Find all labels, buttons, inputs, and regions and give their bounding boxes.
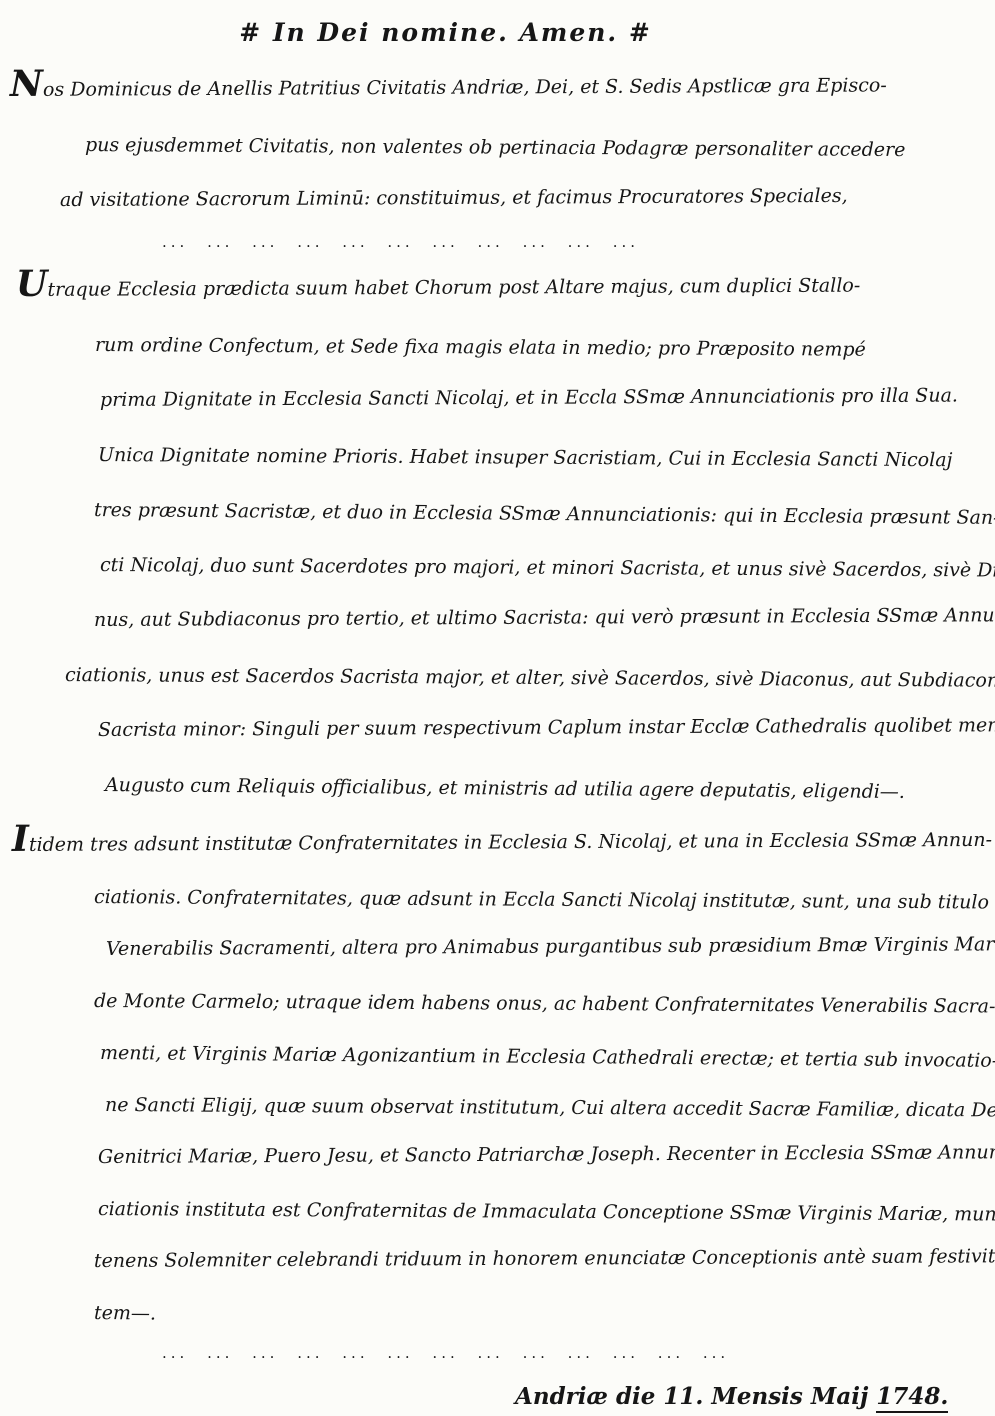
text-line: Unica Dignitate nomine Prioris. Habet in…: [98, 428, 991, 488]
dateline-year: 1748.: [876, 1383, 948, 1413]
paragraph-choir: Utraque Ecclesia prædicta suum habet Cho…: [10, 256, 991, 813]
manuscript-page: # In Dei nomine. Amen. # Nos Dominicus d…: [0, 0, 995, 1416]
dateline-place-date: Andriæ die 11. Mensis Maij: [515, 1383, 868, 1410]
text-line: tenens Solemniter celebrandi triduum in …: [94, 1230, 991, 1287]
text-line: tem—.: [94, 1287, 991, 1347]
document-title: # In Dei nomine. Amen. #: [0, 10, 936, 56]
dateline: Andriæ die 11. Mensis Maij 1748.: [515, 1371, 991, 1416]
text-line: Utraque Ecclesia prædicta suum habet Cho…: [16, 251, 991, 318]
text-line: Nos Dominicus de Anellis Patritius Civit…: [10, 51, 991, 118]
text-line: ad visitatione Sacrorum Liminū: constitu…: [60, 168, 991, 228]
text-line: Itidem tres adsunt institutæ Confraterni…: [12, 808, 991, 871]
text-line: menti, et Virginis Mariæ Agonizantium in…: [100, 1027, 991, 1087]
text-line: Venerabilis Sacramenti, altera pro Anima…: [106, 918, 991, 975]
text-line: nus, aut Subdiaconus pro tertio, et ulti…: [94, 588, 991, 648]
text-line: de Monte Carmelo; utraque idem habens on…: [94, 975, 991, 1032]
text-line: tres præsunt Sacristæ, et duo in Ecclesi…: [94, 483, 991, 546]
text-line: Genitrici Mariæ, Puero Jesu, et Sancto P…: [98, 1126, 991, 1183]
text-line: prima Dignitate in Ecclesia Sancti Nicol…: [100, 368, 991, 428]
paragraph-opening: Nos Dominicus de Anellis Patritius Civit…: [10, 56, 991, 228]
paragraph-confraternities: Itidem tres adsunt institutæ Confraterni…: [10, 813, 991, 1339]
text-line: Sacrista minor: Singuli per suum respect…: [98, 698, 991, 758]
